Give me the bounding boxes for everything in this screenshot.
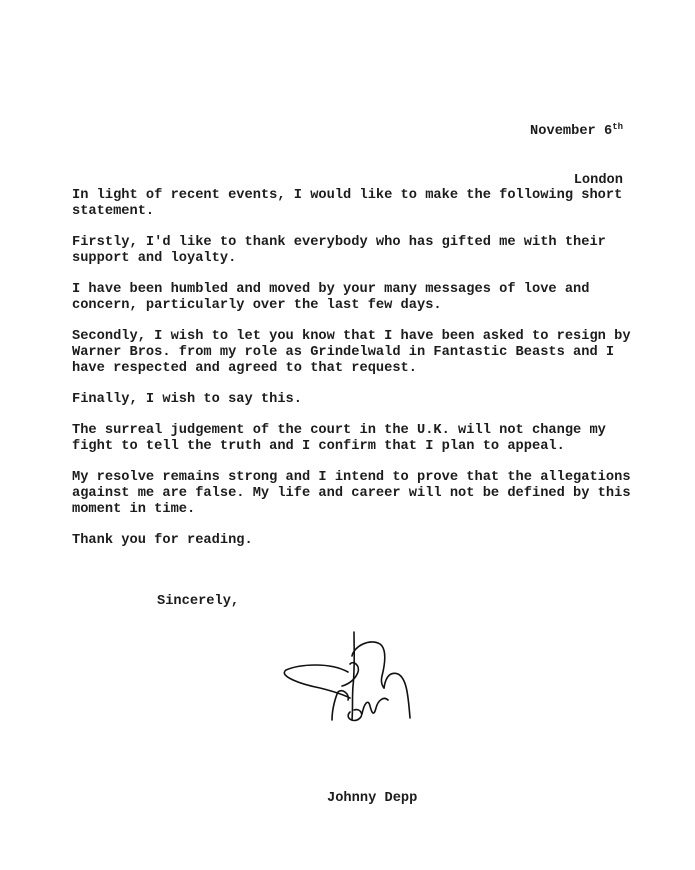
paragraph-line: Thank you for reading. (72, 533, 632, 549)
letter-location: London (530, 172, 623, 189)
closing-salutation: Sincerely, (157, 594, 239, 610)
letter-paragraph: Finally, I wish to say this. (72, 392, 632, 408)
paragraph-line: against me are false. My life and career… (72, 486, 632, 502)
paragraph-line: My resolve remains strong and I intend t… (72, 470, 632, 486)
date-ordinal-suffix: th (612, 122, 623, 132)
letter-paragraph: The surreal judgement of the court in th… (72, 423, 632, 455)
signer-name: Johnny Depp (327, 791, 417, 807)
paragraph-line: have respected and agreed to that reques… (72, 361, 632, 377)
letter-paragraph: Secondly, I wish to let you know that I … (72, 329, 632, 377)
paragraph-line: Finally, I wish to say this. (72, 392, 632, 408)
paragraph-line: fight to tell the truth and I confirm th… (72, 439, 632, 455)
letter-paragraph: My resolve remains strong and I intend t… (72, 470, 632, 518)
paragraph-line: statement. (72, 204, 632, 220)
letter-paragraph: Firstly, I'd like to thank everybody who… (72, 235, 632, 267)
date-text: November 6 (530, 124, 612, 139)
paragraph-line: Secondly, I wish to let you know that I … (72, 329, 632, 345)
letter-paragraph: Thank you for reading. (72, 533, 632, 549)
paragraph-line: Warner Bros. from my role as Grindelwald… (72, 345, 632, 361)
paragraph-line: support and loyalty. (72, 251, 632, 267)
paragraph-line: moment in time. (72, 502, 632, 518)
letter-date: November 6th (530, 123, 623, 140)
paragraph-line: The surreal judgement of the court in th… (72, 423, 632, 439)
letter-paragraph: I have been humbled and moved by your ma… (72, 282, 632, 314)
paragraph-line: Firstly, I'd like to thank everybody who… (72, 235, 632, 251)
letter-body: In light of recent events, I would like … (72, 188, 632, 564)
signature-icon (280, 628, 430, 728)
letter-page: November 6th London In light of recent e… (0, 0, 695, 870)
letter-paragraph: In light of recent events, I would like … (72, 188, 632, 220)
paragraph-line: In light of recent events, I would like … (72, 188, 632, 204)
paragraph-line: I have been humbled and moved by your ma… (72, 282, 632, 298)
paragraph-line: concern, particularly over the last few … (72, 298, 632, 314)
